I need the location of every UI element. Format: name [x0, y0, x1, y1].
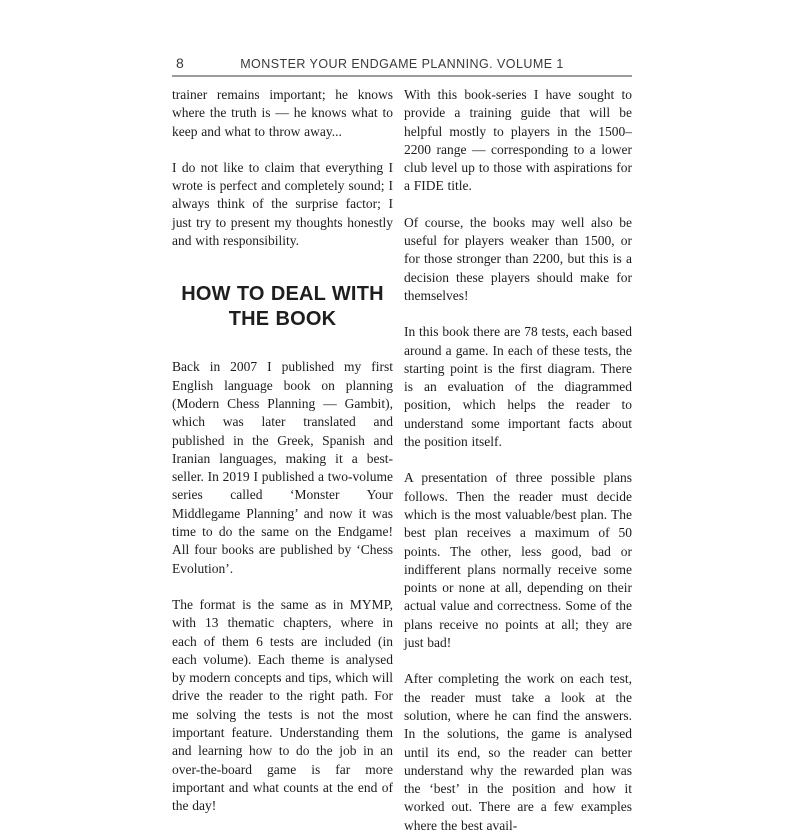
left-column: trainer remains important; he knows wher…	[172, 86, 393, 800]
book-page: 8 MONSTER YOUR ENDGAME PLANNING. VOLUME …	[0, 0, 800, 800]
body-paragraph: In this book there are 78 tests, each ba…	[404, 323, 632, 451]
body-paragraph: With this book-series I have sought to p…	[404, 86, 632, 196]
right-column: With this book-series I have sought to p…	[404, 86, 632, 800]
body-paragraph: Of course, the books may well also be us…	[404, 214, 632, 305]
page-content: 8 MONSTER YOUR ENDGAME PLANNING. VOLUME …	[172, 54, 632, 800]
body-paragraph: I do not like to claim that everything I…	[172, 159, 393, 250]
running-header: 8 MONSTER YOUR ENDGAME PLANNING. VOLUME …	[172, 54, 632, 77]
section-heading: HOW TO DEAL WITH THE BOOK	[178, 282, 387, 332]
body-paragraph: trainer remains important; he knows wher…	[172, 86, 393, 141]
running-title: MONSTER YOUR ENDGAME PLANNING. VOLUME 1	[172, 57, 632, 71]
body-paragraph: Back in 2007 I published my first Englis…	[172, 358, 393, 578]
body-paragraph: The format is the same as in MYMP, with …	[172, 596, 393, 800]
body-paragraph: After completing the work on each test, …	[404, 670, 632, 800]
body-paragraph: A presentation of three possible plans f…	[404, 469, 632, 652]
text-columns: trainer remains important; he knows wher…	[172, 86, 632, 800]
